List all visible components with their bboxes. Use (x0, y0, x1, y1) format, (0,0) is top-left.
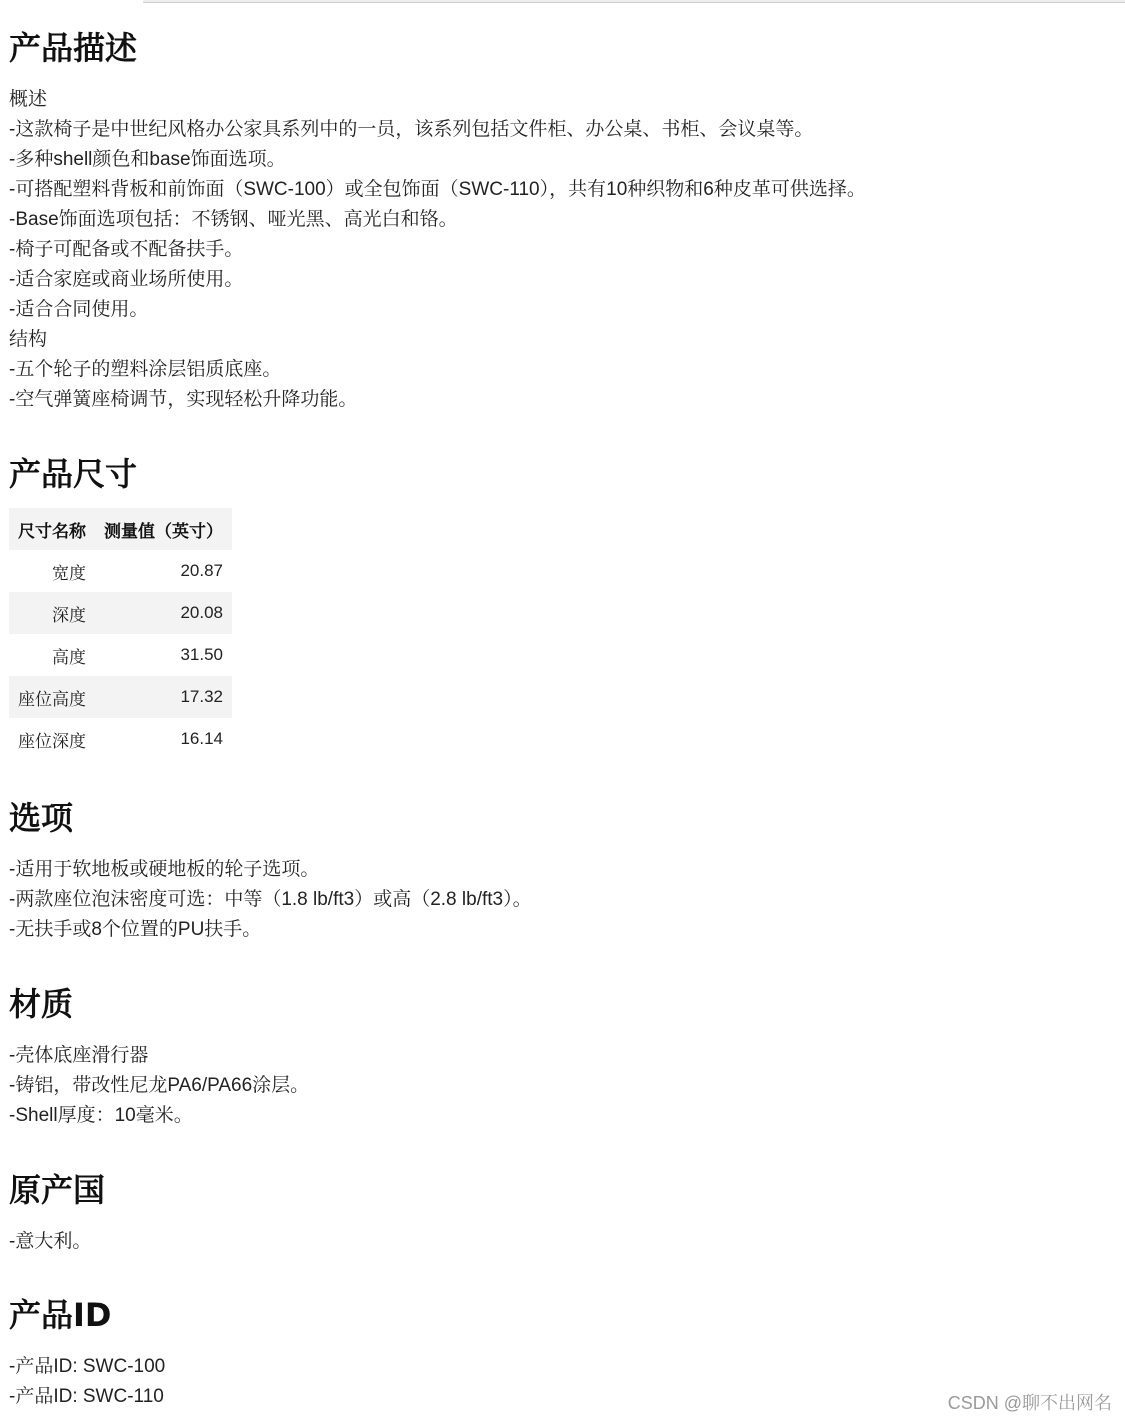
dimension-name: 座位高度 (9, 676, 95, 718)
text-line: -两款座位泡沫密度可选：中等（1.8 lb/ft3）或高（2.8 lb/ft3）… (9, 885, 532, 915)
section-material: 材质 -壳体底座滑行器 -铸铝，带改性尼龙PA6/PA66涂层。 -Shell厚… (9, 984, 309, 1131)
text-line: -无扶手或8个位置的PU扶手。 (9, 915, 532, 945)
text-line: 概述 (9, 85, 866, 115)
dimensions-table: 尺寸名称 测量值（英寸） 宽度 20.87 深度 20.08 高度 31.50 (9, 508, 232, 760)
section-description: 产品描述 概述 -这款椅子是中世纪风格办公家具系列中的一员，该系列包括文件柜、办… (9, 28, 866, 415)
text-line: -壳体底座滑行器 (9, 1041, 309, 1071)
section-dimensions: 产品尺寸 尺寸名称 测量值（英寸） 宽度 20.87 深度 20.08 高度 (9, 454, 232, 760)
column-header: 测量值（英寸） (95, 508, 232, 550)
dimension-name: 高度 (9, 634, 95, 676)
dimension-name: 宽度 (9, 550, 95, 592)
dimension-name: 深度 (9, 592, 95, 634)
text-line: -适合家庭或商业场所使用。 (9, 265, 866, 295)
section-title: 原产国 (9, 1170, 105, 1210)
text-line: -产品ID: SWC-110 (9, 1382, 165, 1412)
text-line: -多种shell颜色和base饰面选项。 (9, 145, 866, 175)
table-row: 座位高度 17.32 (9, 676, 232, 718)
top-divider (143, 0, 1125, 3)
text-line: -五个轮子的塑料涂层铝质底座。 (9, 355, 866, 385)
text-line: -空气弹簧座椅调节，实现轻松升降功能。 (9, 385, 866, 415)
watermark: CSDN @聊不出网名 (948, 1389, 1112, 1415)
section-title: 产品描述 (9, 28, 866, 68)
text-line: -铸铝，带改性尼龙PA6/PA66涂层。 (9, 1071, 309, 1101)
text-line: -Shell厚度：10毫米。 (9, 1101, 309, 1131)
section-title: 材质 (9, 984, 309, 1024)
section-product-id: 产品ID -产品ID: SWC-100 -产品ID: SWC-110 (9, 1295, 165, 1412)
table-row: 宽度 20.87 (9, 550, 232, 592)
text-line: -Base饰面选项包括：不锈钢、哑光黑、高光白和铬。 (9, 205, 866, 235)
table-row: 座位深度 16.14 (9, 718, 232, 760)
dimension-name: 座位深度 (9, 718, 95, 760)
text-line: -适合合同使用。 (9, 295, 866, 325)
section-origin: 原产国 -意大利。 (9, 1170, 105, 1257)
text-line: -产品ID: SWC-100 (9, 1352, 165, 1382)
dimension-value: 31.50 (95, 634, 232, 676)
text-line: -可搭配塑料背板和前饰面（SWC-100）或全包饰面（SWC-110），共有10… (9, 175, 866, 205)
dimension-value: 17.32 (95, 676, 232, 718)
section-title: 选项 (9, 798, 532, 838)
section-options: 选项 -适用于软地板或硬地板的轮子选项。 -两款座位泡沫密度可选：中等（1.8 … (9, 798, 532, 945)
text-line: -这款椅子是中世纪风格办公家具系列中的一员，该系列包括文件柜、办公桌、书柜、会议… (9, 115, 866, 145)
text-line: -适用于软地板或硬地板的轮子选项。 (9, 855, 532, 885)
table-row: 高度 31.50 (9, 634, 232, 676)
dimension-value: 16.14 (95, 718, 232, 760)
text-line: -椅子可配备或不配备扶手。 (9, 235, 866, 265)
table-header-row: 尺寸名称 测量值（英寸） (9, 508, 232, 550)
dimension-value: 20.87 (95, 550, 232, 592)
section-title: 产品尺寸 (9, 454, 232, 494)
section-title: 产品ID (9, 1295, 165, 1335)
text-line: 结构 (9, 325, 866, 355)
table-row: 深度 20.08 (9, 592, 232, 634)
text-line: -意大利。 (9, 1227, 105, 1257)
dimension-value: 20.08 (95, 592, 232, 634)
column-header: 尺寸名称 (9, 508, 95, 550)
